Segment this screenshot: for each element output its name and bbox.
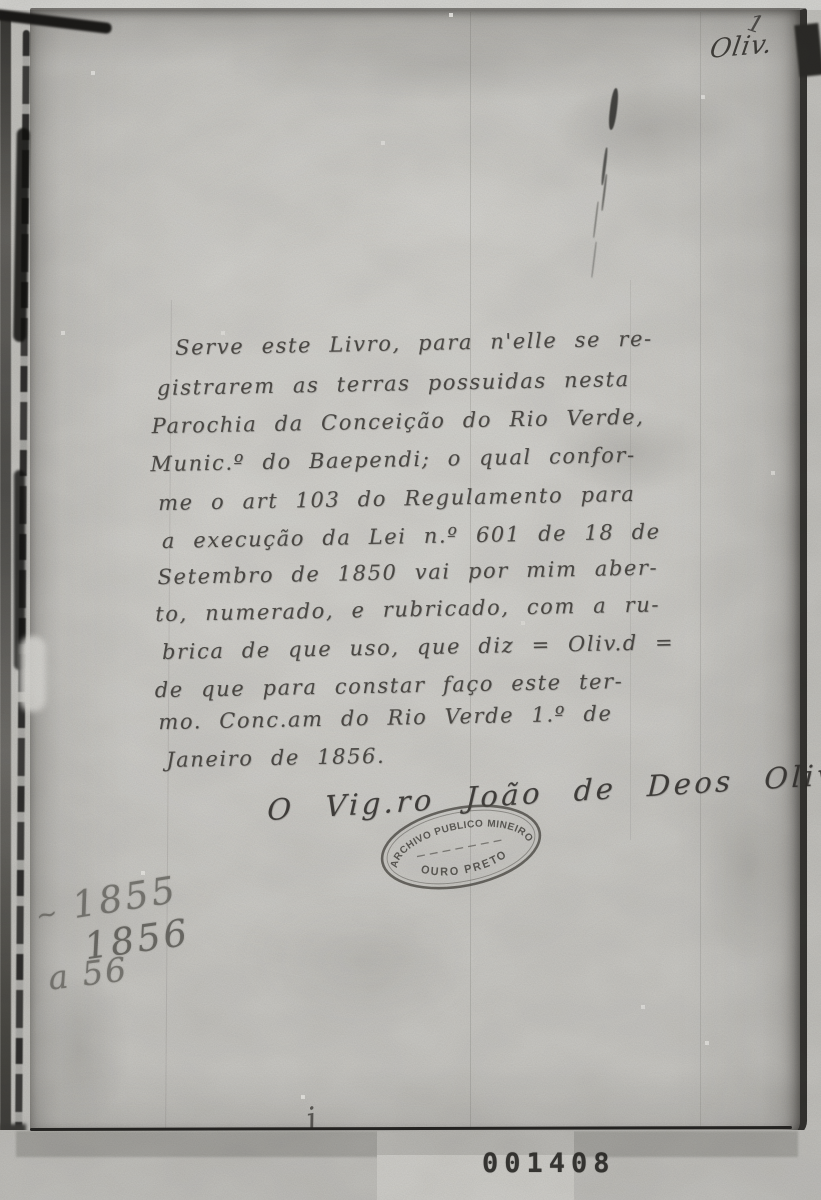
manuscript-line: a execução da Lei n.º 601 de 18 de [162, 519, 661, 553]
svg-text:OURO PRETO: OURO PRETO [418, 847, 512, 885]
manuscript-line: Janeiro de 1856. [166, 744, 386, 772]
scanned-manuscript-page: 1 Oliv. Serve este Livro, para n'elle se… [0, 0, 821, 1200]
manuscript-line: Munic.º do Baependi; o qual confor- [150, 443, 636, 476]
manuscript-line: brica de que uso, que diz = Oliv.d = [162, 630, 675, 664]
manuscript-line: Serve este Livro, para n'elle se re- [175, 327, 653, 360]
stamp-top-arc-text: ARCHIVO PUBLICO MINEIRO [383, 807, 536, 871]
stamp-bottom-arc-text: OURO PRETO [418, 847, 512, 885]
paper-specks [0, 0, 2, 2]
stamp-divider-line [417, 839, 505, 856]
manuscript-line: me o art 103 do Regulamento para [158, 482, 636, 515]
svg-text:ARCHIVO PUBLICO MINEIRO: ARCHIVO PUBLICO MINEIRO [383, 807, 536, 871]
manuscript-text-block: Serve este Livro, para n'elle se re- gis… [0, 0, 821, 1200]
manuscript-line: Setembro de 1850 vai por mim aber- [157, 555, 658, 589]
manuscript-line: de que para constar faço este ter- [154, 669, 623, 702]
manuscript-line: to, numerado, e rubricado, com a ru- [155, 592, 660, 626]
catalog-number: 001408 [482, 1148, 616, 1179]
manuscript-line: Parochia da Conceição do Rio Verde, [151, 405, 644, 438]
manuscript-line: gistrarem as terras possuidas nesta [157, 367, 630, 400]
manuscript-line: mo. Conc.am do Rio Verde 1.º de [158, 701, 613, 734]
